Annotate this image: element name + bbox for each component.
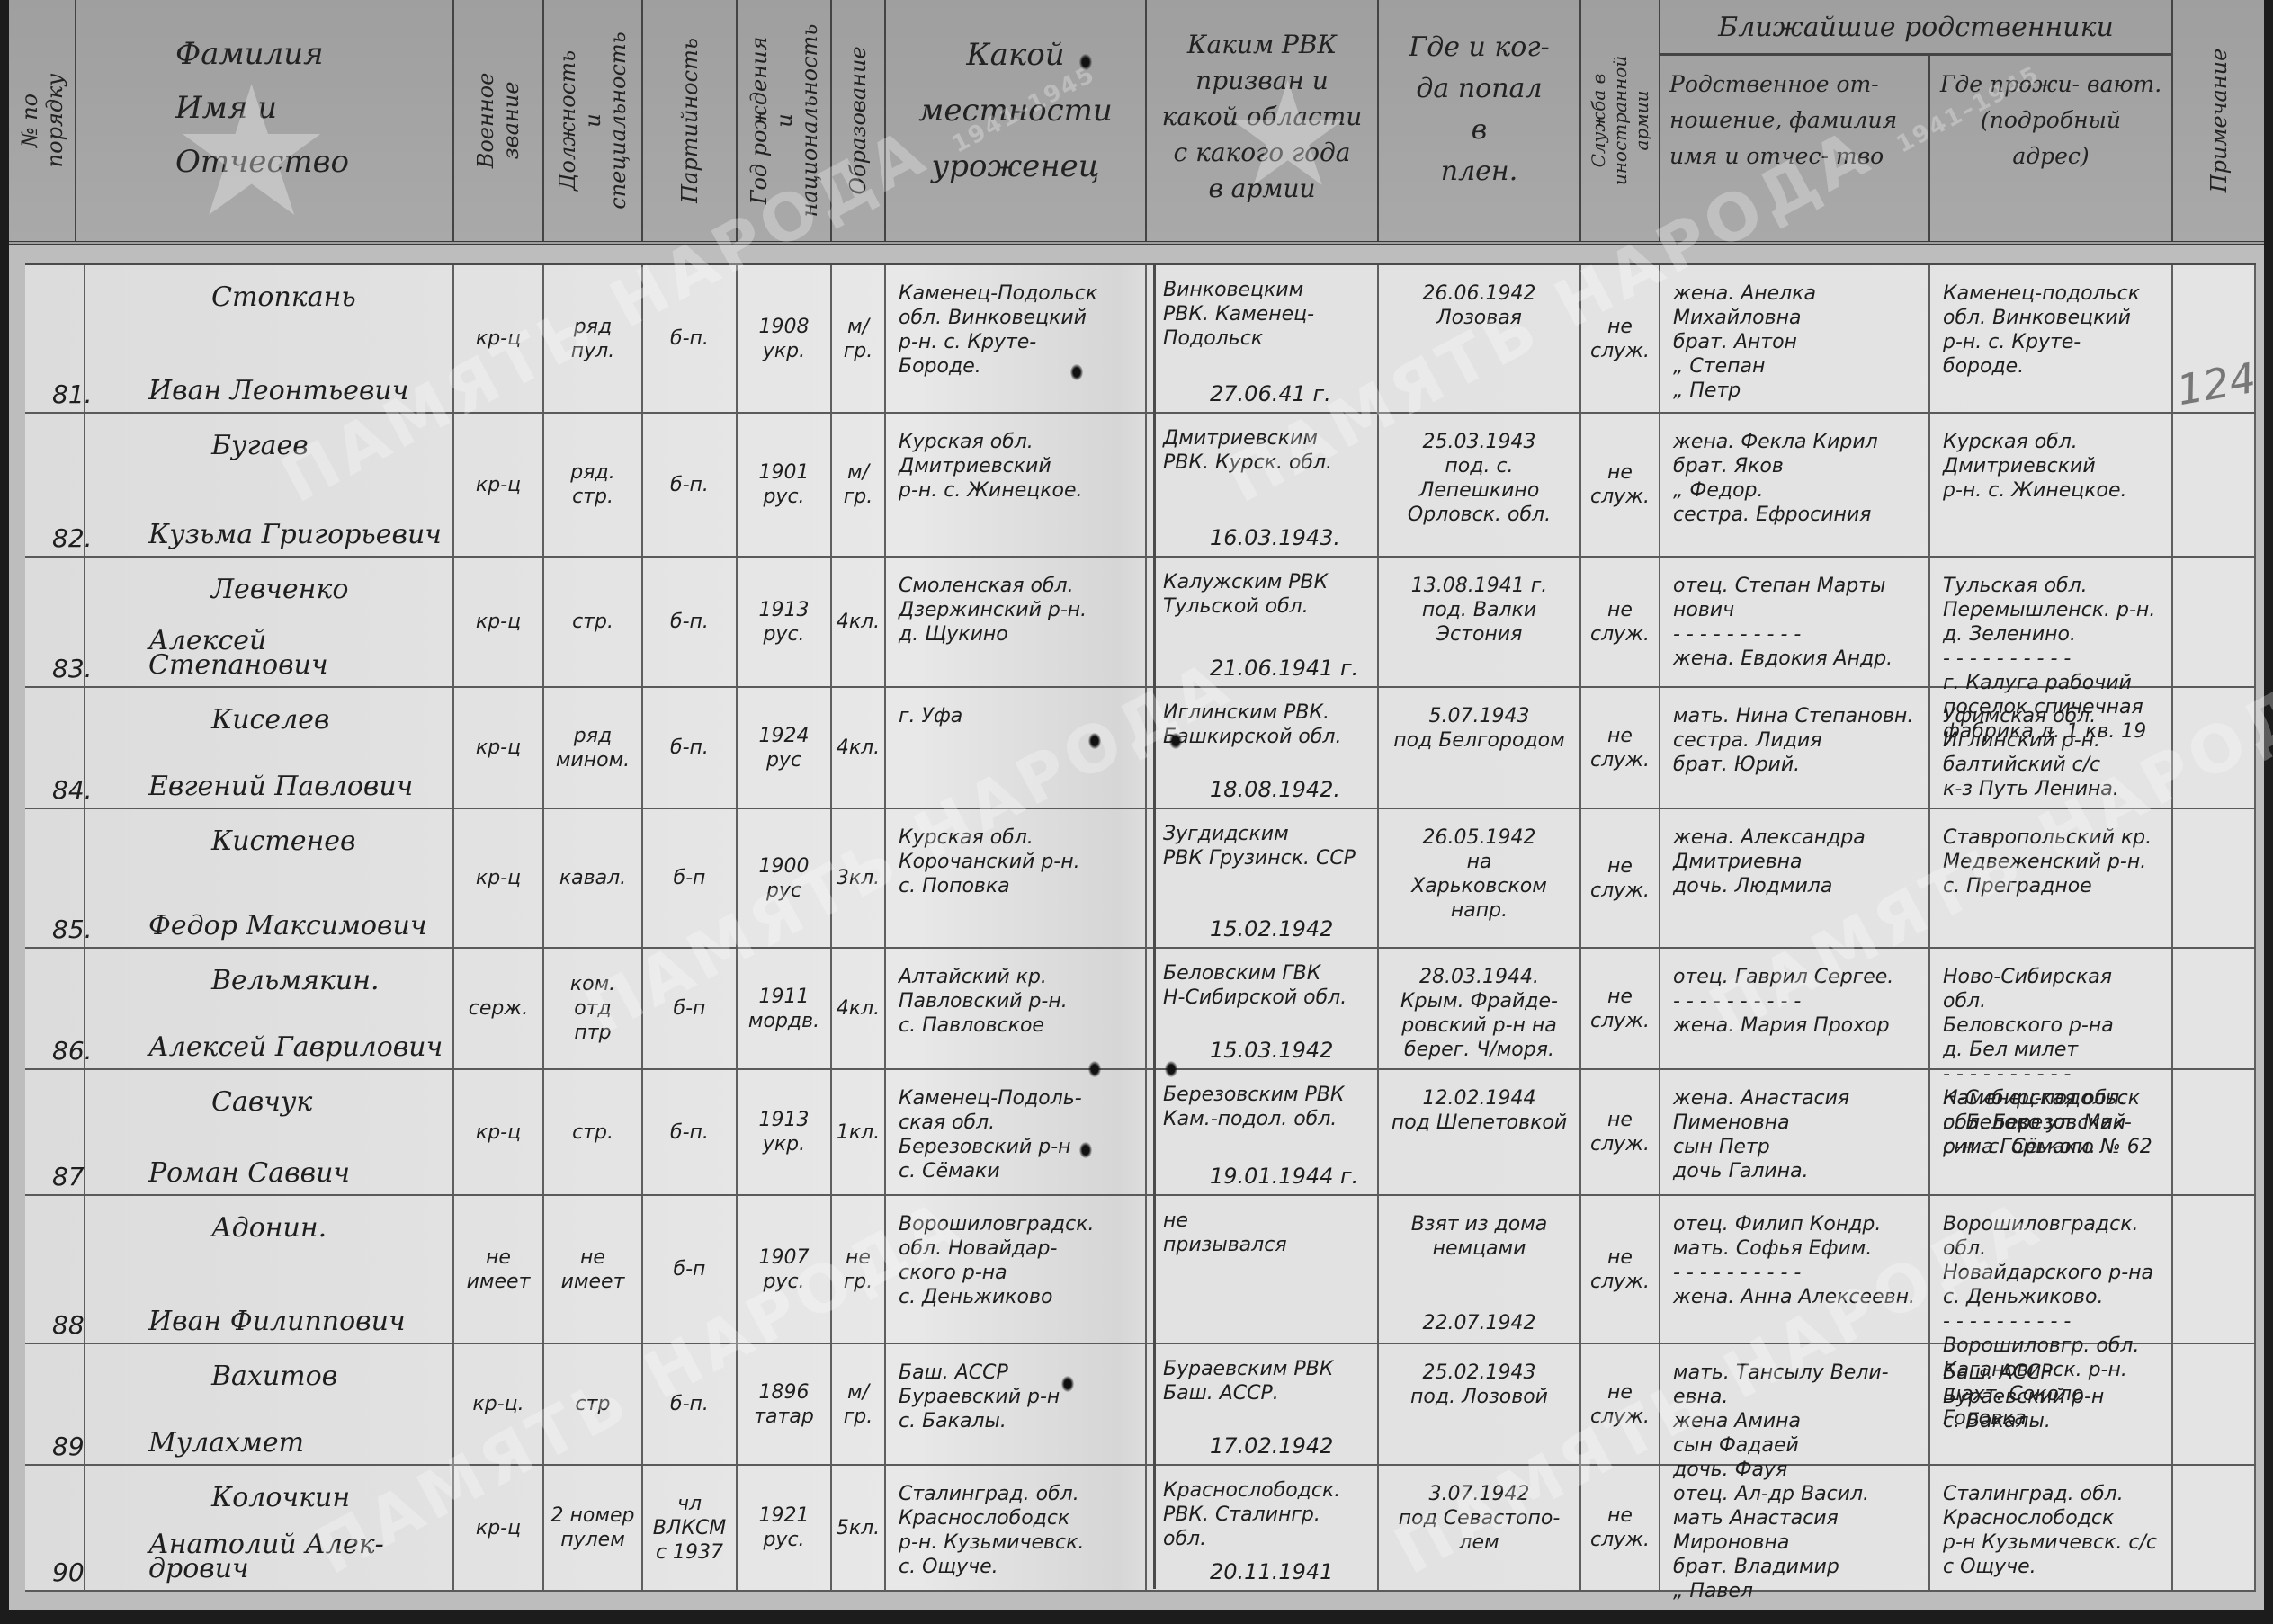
service-value: не служ. [1590,1108,1650,1156]
cell-address: Сталинград. обл. Краснослободск р-н Кузь… [1930,1466,2173,1590]
birth-value: 1908 укр. [759,315,810,363]
surname: Адонин. [211,1216,327,1240]
cell-captured: 25.03.1943 под. с. Лепешкино Орловск. об… [1379,414,1581,556]
book-spine [1153,263,1156,1589]
relatives-value: мать. Тансылу Вели- евна. жена Амина сын… [1673,1361,1889,1481]
header-relatives-group: Ближайшие родственники Родственное от- н… [1660,0,2173,241]
no-value: 87 [52,1164,85,1189]
conscription-date: 27.06.41 г. [1210,382,1331,406]
education-value: м/ гр. [844,315,873,363]
cell-birth: 1913 укр. [738,1070,832,1194]
cell-party: б-п [643,949,738,1068]
cell-birthplace: Курская обл. Дмитриевский р-н. с. Жинецк… [886,414,1147,556]
captured-place: 3.07.1942 под Севастопо- лем [1386,1482,1572,1555]
cell-captured: 13.08.1941 г. под. Валки Эстония [1379,558,1581,686]
cell-service: не служ. [1581,688,1660,808]
punch-hole [1088,733,1101,749]
cell-no: 83. [25,558,85,686]
conscription-office: Иглинским РВК. Башкирской обл. [1163,700,1366,749]
captured-place: 28.03.1944. Крым. Фрайде- ровский р-н на… [1386,965,1572,1062]
cell-rank: серж. [454,949,544,1068]
cell-captured: Взят из дома немцами22.07.1942 [1379,1196,1581,1343]
table-row: 88Адонин.Иван Филипповичне имеетне имеет… [25,1196,2256,1344]
punch-hole [1088,1061,1101,1077]
table-row: 84.КиселевЕвгений Павловичкр-цряд мином.… [25,688,2256,809]
cell-position: ряд мином. [544,688,643,808]
cell-party: б-п. [643,414,738,556]
position-value: 2 номер пулем [551,1504,635,1552]
cell-notes [2173,809,2256,947]
given-names: Роман Саввич [148,1161,350,1185]
cell-relatives: жена. Александра Дмитриевна дочь. Людмил… [1660,809,1930,947]
conscription-office: Зугдидским РВК Грузинск. ССР [1163,822,1366,870]
cell-birthplace: Баш. АССР Бураевский р-н с. Бакалы. [886,1344,1147,1464]
cell-notes [2173,558,2256,686]
conscription-office: Беловским ГВК Н-Сибирской обл. [1163,961,1366,1010]
cell-party: б-п. [643,558,738,686]
cell-no: 89 [25,1344,85,1464]
cell-address: Каменец-подольск обл. Березовский р-н. с… [1930,1070,2173,1194]
surname: Колочкин [211,1486,350,1510]
cell-no: 88 [25,1196,85,1343]
captured-place: 25.03.1943 под. с. Лепешкино Орловск. об… [1386,430,1572,527]
cell-birth: 1900 рус [738,809,832,947]
surname: Савчук [211,1090,312,1114]
cell-no: 84. [25,688,85,808]
cell-rank: кр-ц [454,414,544,556]
given-names: Иван Леонтьевич [148,379,408,403]
cell-party: б-п. [643,1070,738,1194]
birthplace-value: Баш. АССР Бураевский р-н с. Бакалы. [899,1361,1060,1432]
cell-name: СавчукРоман Саввич [85,1070,454,1194]
cell-service: не служ. [1581,1344,1660,1464]
cell-birth: 1921 рус. [738,1466,832,1590]
captured-place: 5.07.1943 под Белгородом [1386,704,1572,753]
cell-education: м/ гр. [832,265,886,412]
cell-birth: 1896 татар [738,1344,832,1464]
cell-service: не служ. [1581,949,1660,1068]
header-rank: Военное звание [454,0,544,241]
rank-value: кр-ц [476,610,521,634]
cell-no: 81. [25,265,85,412]
cell-relatives: отец. Гаврил Сергее. - - - - - - - - - -… [1660,949,1930,1068]
cell-education: м/ гр. [832,1344,886,1464]
cell-captured: 12.02.1944 под Шепетовкой [1379,1070,1581,1194]
relatives-value: жена. Анастасия Пименовна сын Петр дочь … [1673,1087,1849,1182]
rank-value: кр-ц [476,1120,521,1145]
cell-birthplace: Сталинград. обл. Краснослободск р-н. Куз… [886,1466,1147,1590]
position-value: стр [576,1392,611,1416]
cell-service: не служ. [1581,265,1660,412]
relatives-value: отец. Гаврил Сергее. - - - - - - - - - -… [1673,966,1893,1037]
cell-party: б-п. [643,265,738,412]
table-row: 87СавчукРоман Саввичкр-цстр.б-п.1913 укр… [25,1070,2256,1196]
cell-education: м/ гр. [832,414,886,556]
conscription-date: 18.08.1942. [1210,778,1340,802]
position-value: не имеет [561,1245,625,1294]
birthplace-value: Алтайский кр. Павловский р-н. с. Павловс… [899,966,1068,1037]
cell-birthplace: Алтайский кр. Павловский р-н. с. Павловс… [886,949,1147,1068]
cell-captured: 26.05.1942 на Харьковском напр. [1379,809,1581,947]
cell-birthplace: г. Уфа [886,688,1147,808]
cell-notes [2173,949,2256,1068]
cell-education: 1кл. [832,1070,886,1194]
given-names: Алексей Степанович [148,629,452,677]
conscription-date: 15.03.1942 [1210,1039,1333,1063]
cell-position: стр. [544,558,643,686]
table-body: 81.СтопканьИван Леонтьевичкр-цряд пул.б-… [25,263,2256,1592]
cell-address: Курская обл. Дмитриевский р-н. с. Жинецк… [1930,414,2173,556]
cell-education: не гр. [832,1196,886,1343]
cell-service: не служ. [1581,1070,1660,1194]
cell-no: 87 [25,1070,85,1194]
header-position: Должность и специальность [544,0,643,241]
no-value: 88 [52,1313,85,1337]
cell-position: кавал. [544,809,643,947]
header-relatives-address: Где прожи- вают. (подробный адрес) [1930,56,2171,241]
cell-conscription: Бураевским РВК Баш. АССР.17.02.1942 [1147,1344,1379,1464]
cell-relatives: мать. Тансылу Вели- евна. жена Амина сын… [1660,1344,1930,1464]
captured-place: 12.02.1944 под Шепетовкой [1386,1086,1572,1135]
cell-conscription: Беловским ГВК Н-Сибирской обл.15.03.1942 [1147,949,1379,1068]
cell-party: б-п [643,1196,738,1343]
service-value: не служ. [1590,1245,1650,1294]
cell-relatives: отец. Филип Кондр. мать. Софья Ефим. - -… [1660,1196,1930,1343]
cell-captured: 26.06.1942 Лозовая [1379,265,1581,412]
cell-education: 3кл. [832,809,886,947]
service-value: не служ. [1590,985,1650,1033]
party-value: б-п. [670,610,709,634]
captured-place: 26.06.1942 Лозовая [1386,281,1572,330]
surname: Бугаев [211,433,309,458]
cell-birthplace: Курская обл. Корочанский р-н. с. Поповка [886,809,1147,947]
surname: Вельмякин. [211,968,380,993]
cell-address: Ново-Сибирская обл. Беловского р-на д. Б… [1930,949,2173,1068]
cell-service: не служ. [1581,1466,1660,1590]
cell-birthplace: Каменец-Подольск обл. Винковецкий р-н. с… [886,265,1147,412]
surname: Киселев [211,708,329,732]
party-value: б-п. [670,736,709,760]
birth-value: 1901 рус. [759,460,810,509]
cell-captured: 25.02.1943 под. Лозовой [1379,1344,1581,1464]
cell-birth: 1911 мордв. [738,949,832,1068]
cell-address: Каменец-подольск обл. Винковецкий р-н. с… [1930,265,2173,412]
header-party: Партийность [643,0,738,241]
table-row: 82.БугаевКузьма Григорьевичкр-цряд. стр.… [25,414,2256,558]
cell-captured: 3.07.1942 под Севастопо- лем [1379,1466,1581,1590]
position-value: ряд мином. [556,724,630,772]
captured-place: Взят из дома немцами [1386,1212,1572,1261]
education-value: 4кл. [837,610,880,634]
cell-rank: кр-ц [454,558,544,686]
cell-position: ряд. стр. [544,414,643,556]
star-watermark-icon: ★ [1223,63,1352,207]
cell-no: 82. [25,414,85,556]
cell-name: ВахитовМулахмет [85,1344,454,1464]
birth-value: 1921 рус. [759,1504,810,1552]
cell-notes [2173,1070,2256,1194]
captured-place: 25.02.1943 под. Лозовой [1386,1361,1572,1409]
conscription-office: не призывался [1163,1209,1366,1257]
cell-rank: кр-ц [454,809,544,947]
cell-address: Ворошиловградск. обл. Новайдарского р-на… [1930,1196,2173,1343]
relatives-value: жена. Анелка Михайловна брат. Антон „ Ст… [1673,282,1816,402]
cell-position: 2 номер пулем [544,1466,643,1590]
cell-address: Тульская обл. Перемышленск. р-н. д. Зеле… [1930,558,2173,686]
cell-party: б-п. [643,688,738,808]
no-value: 89 [52,1434,85,1459]
cell-birth: 1907 рус. [738,1196,832,1343]
birth-value: 1913 рус. [759,598,810,647]
service-value: не служ. [1590,598,1650,647]
education-value: м/ гр. [844,1380,873,1429]
service-value: не служ. [1590,724,1650,772]
punch-hole [1079,54,1092,70]
party-value: б-п. [670,1120,709,1145]
cell-rank: кр-ц [454,1070,544,1194]
table-row: 85.КистеневФедор Максимовичкр-цкавал.б-п… [25,809,2256,949]
surname: Вахитов [211,1364,337,1388]
cell-education: 4кл. [832,949,886,1068]
table-row: 81.СтопканьИван Леонтьевичкр-цряд пул.б-… [25,265,2256,414]
cell-conscription: Зугдидским РВК Грузинск. ССР15.02.1942 [1147,809,1379,947]
cell-position: ком. отд птр [544,949,643,1068]
birthplace-value: Каменец-Подольск обл. Винковецкий р-н. с… [899,282,1097,378]
captured-place: 26.05.1942 на Харьковском напр. [1386,825,1572,923]
header-notes: Примечание [2173,0,2264,241]
education-value: 1кл. [837,1120,880,1145]
cell-position: ряд пул. [544,265,643,412]
cell-name: Вельмякин.Алексей Гаврилович [85,949,454,1068]
relatives-value: отец. Степан Марты нович - - - - - - - -… [1673,575,1893,670]
rank-value: кр-ц [476,736,521,760]
header-relatives-name: Родственное от- ношение, фамилия имя и о… [1660,56,1930,241]
conscription-date: 19.01.1944 г. [1210,1164,1358,1189]
cell-name: ЛевченкоАлексей Степанович [85,558,454,686]
cell-rank: кр-ц [454,265,544,412]
position-value: кавал. [559,866,626,890]
conscription-office: Дмитриевским РВК. Курск. обл. [1163,426,1366,475]
cell-party: б-п. [643,1344,738,1464]
cell-notes [2173,1344,2256,1464]
cell-captured: 28.03.1944. Крым. Фрайде- ровский р-н на… [1379,949,1581,1068]
cell-address: Уфимская обл. Иглинский р-н. балтийский … [1930,688,2173,808]
education-value: 4кл. [837,996,880,1021]
conscription-date: 21.06.1941 г. [1210,656,1358,681]
given-names: Федор Максимович [148,914,427,938]
birth-value: 1907 рус. [759,1245,810,1294]
cell-name: СтопканьИван Леонтьевич [85,265,454,412]
cell-conscription: Березовским РВК Кам.-подол. обл.19.01.19… [1147,1070,1379,1194]
cell-notes [2173,1466,2256,1590]
address-value: Баш. АССР Бураевский р-н с. Бакалы. [1943,1361,2104,1432]
birthplace-value: Смоленская обл. Дзержинский р-н. д. Щуки… [899,575,1087,646]
cell-rank: не имеет [454,1196,544,1343]
rank-value: серж. [469,996,528,1021]
cell-name: КиселевЕвгений Павлович [85,688,454,808]
cell-birthplace: Смоленская обл. Дзержинский р-н. д. Щуки… [886,558,1147,686]
header-education: Образование [832,0,886,241]
surname: Левченко [211,577,348,602]
relatives-value: жена. Александра Дмитриевна дочь. Людмил… [1673,826,1866,897]
punch-hole [1169,733,1182,749]
birthplace-value: Ворошиловградск. обл. Новайдар- ского р-… [899,1213,1095,1308]
header-service: Служба в иностранной армии [1581,0,1660,241]
cell-birth: 1913 рус. [738,558,832,686]
position-value: ряд пул. [571,315,614,363]
position-value: стр. [572,610,613,634]
conscription-office: Краснослободск. РВК. Сталингр. обл. [1163,1478,1366,1551]
header-birthplace: Какой местности уроженец [886,0,1147,241]
cell-service: не служ. [1581,558,1660,686]
cell-position: стр. [544,1070,643,1194]
cell-no: 86. [25,949,85,1068]
conscription-date: 16.03.1943. [1210,526,1340,550]
surname: Кистенев [211,829,356,853]
header-captured: Где и ког- да попал в плен. [1379,0,1581,241]
cell-conscription: Дмитриевским РВК. Курск. обл.16.03.1943. [1147,414,1379,556]
cell-name: БугаевКузьма Григорьевич [85,414,454,556]
birthplace-value: Каменец-Подоль- ская обл. Березовский р-… [899,1087,1082,1182]
table-row: 86.Вельмякин.Алексей Гавриловичсерж.ком.… [25,949,2256,1070]
relatives-value: мать. Нина Степановн. сестра. Лидия брат… [1673,705,1913,776]
cell-captured: 5.07.1943 под Белгородом [1379,688,1581,808]
cell-party: б-п [643,809,738,947]
given-names: Мулахмет [148,1431,304,1455]
cell-service: не служ. [1581,1196,1660,1343]
cell-party: чл ВЛКСМ с 1937 [643,1466,738,1590]
address-value: Сталинград. обл. Краснослободск р-н Кузь… [1943,1483,2157,1578]
cell-position: не имеет [544,1196,643,1343]
conscription-date: 17.02.1942 [1210,1434,1333,1459]
party-value: б-п [674,866,706,890]
conscription-office: Березовским РВК Кам.-подол. обл. [1163,1083,1366,1131]
address-value: Каменец-подольск обл. Винковецкий р-н. с… [1943,282,2140,378]
service-value: не служ. [1590,1380,1650,1429]
education-value: 3кл. [837,866,880,890]
cell-rank: кр-ц. [454,1344,544,1464]
captured-place: 13.08.1941 г. под. Валки Эстония [1386,574,1572,647]
given-names: Евгений Павлович [148,774,413,799]
cell-conscription: Калужским РВК Тульской обл.21.06.1941 г. [1147,558,1379,686]
cell-relatives: отец. Ал-др Васил. мать Анастасия Мироно… [1660,1466,1930,1590]
given-names: Кузьма Григорьевич [148,522,442,547]
captured-date: 22.07.1942 [1379,1311,1579,1335]
education-value: м/ гр. [844,460,873,509]
service-value: не служ. [1590,315,1650,363]
cell-conscription: Винковецким РВК. Каменец- Подольск27.06.… [1147,265,1379,412]
cell-birth: 1924 рус [738,688,832,808]
conscription-date: 15.02.1942 [1210,917,1333,941]
cell-relatives: отец. Степан Марты нович - - - - - - - -… [1660,558,1930,686]
ledger-page: № по порядку Фамилия Имя и Отчество Воен… [9,0,2264,1610]
cell-address: Ставропольский кр. Медвеженский р-н. с. … [1930,809,2173,947]
cell-relatives: жена. Фекла Кирил брат. Яков „ Федор. се… [1660,414,1930,556]
cell-service: не служ. [1581,809,1660,947]
birth-value: 1900 рус [759,854,810,903]
given-names: Иван Филиппович [148,1309,406,1334]
conscription-office: Винковецким РВК. Каменец- Подольск [1163,278,1366,351]
surname: Стопкань [211,285,356,309]
position-value: стр. [572,1120,613,1145]
cell-address: Баш. АССР Бураевский р-н с. Бакалы. [1930,1344,2173,1464]
cell-education: 4кл. [832,558,886,686]
birthplace-value: г. Уфа [899,705,962,727]
rank-value: кр-ц [476,866,521,890]
punch-hole [1070,364,1083,380]
star-watermark-icon: ★ [171,63,332,243]
service-value: не служ. [1590,1504,1650,1552]
birthplace-value: Курская обл. Дмитриевский р-н. с. Жинецк… [899,431,1083,502]
address-value: Курская обл. Дмитриевский р-н. с. Жинецк… [1943,431,2127,502]
party-value: б-п. [670,1392,709,1416]
education-value: 4кл. [837,736,880,760]
cell-education: 5кл. [832,1466,886,1590]
cell-name: КистеневФедор Максимович [85,809,454,947]
position-value: ком. отд птр [570,972,615,1045]
cell-relatives: жена. Анелка Михайловна брат. Антон „ Ст… [1660,265,1930,412]
party-value: б-п [674,1257,706,1281]
rank-value: кр-ц. [472,1392,524,1416]
header-no: № по порядку [9,0,76,241]
cell-rank: кр-ц [454,1466,544,1590]
education-value: не гр. [844,1245,873,1294]
relatives-value: жена. Фекла Кирил брат. Яков „ Федор. се… [1673,431,1878,526]
party-value: чл ВЛКСМ с 1937 [653,1492,727,1565]
cell-birth: 1901 рус. [738,414,832,556]
cell-no: 90 [25,1466,85,1590]
birth-value: 1924 рус [759,724,810,772]
cell-relatives: мать. Нина Степановн. сестра. Лидия брат… [1660,688,1930,808]
punch-hole [1079,1142,1092,1158]
table-row: 83.ЛевченкоАлексей Степановичкр-цстр.б-п… [25,558,2256,688]
table-header: № по порядку Фамилия Имя и Отчество Воен… [9,0,2264,245]
cell-name: КолочкинАнатолий Алек-дрович [85,1466,454,1590]
cell-service: не служ. [1581,414,1660,556]
given-names: Алексей Гаврилович [148,1035,443,1059]
party-value: б-п. [670,473,709,497]
punch-hole [1061,1376,1074,1392]
cell-education: 4кл. [832,688,886,808]
table-row: 90КолочкинАнатолий Алек-дровичкр-ц2 номе… [25,1466,2256,1592]
cell-conscription: Краснослободск. РВК. Сталингр. обл.20.11… [1147,1466,1379,1590]
rank-value: кр-ц [476,326,521,351]
cell-notes [2173,1196,2256,1343]
birth-value: 1896 татар [754,1380,814,1429]
header-birth: Год рождения и национальность [738,0,832,241]
cell-position: стр [544,1344,643,1464]
address-value: Уфимская обл. Иглинский р-н. балтийский … [1943,705,2119,800]
cell-relatives: жена. Анастасия Пименовна сын Петр дочь … [1660,1070,1930,1194]
cell-notes [2173,688,2256,808]
conscription-office: Бураевским РВК Баш. АССР. [1163,1357,1366,1405]
rank-value: кр-ц [476,1516,521,1540]
punch-hole [1165,1061,1177,1077]
cell-birthplace: Ворошиловградск. обл. Новайдар- ского р-… [886,1196,1147,1343]
rank-value: кр-ц [476,473,521,497]
address-value: Ставропольский кр. Медвеженский р-н. с. … [1943,826,2152,897]
table-row: 89ВахитовМулахметкр-ц.стрб-п.1896 татарм… [25,1344,2256,1466]
cell-notes [2173,414,2256,556]
party-value: б-п [674,996,706,1021]
service-value: не служ. [1590,854,1650,903]
no-value: 90 [52,1560,85,1584]
conscription-office: Калужским РВК Тульской обл. [1163,570,1366,619]
relatives-value: отец. Филип Кондр. мать. Софья Ефим. - -… [1673,1213,1915,1308]
service-value: не служ. [1590,460,1650,509]
cell-no: 85. [25,809,85,947]
conscription-date: 20.11.1941 [1210,1560,1333,1584]
